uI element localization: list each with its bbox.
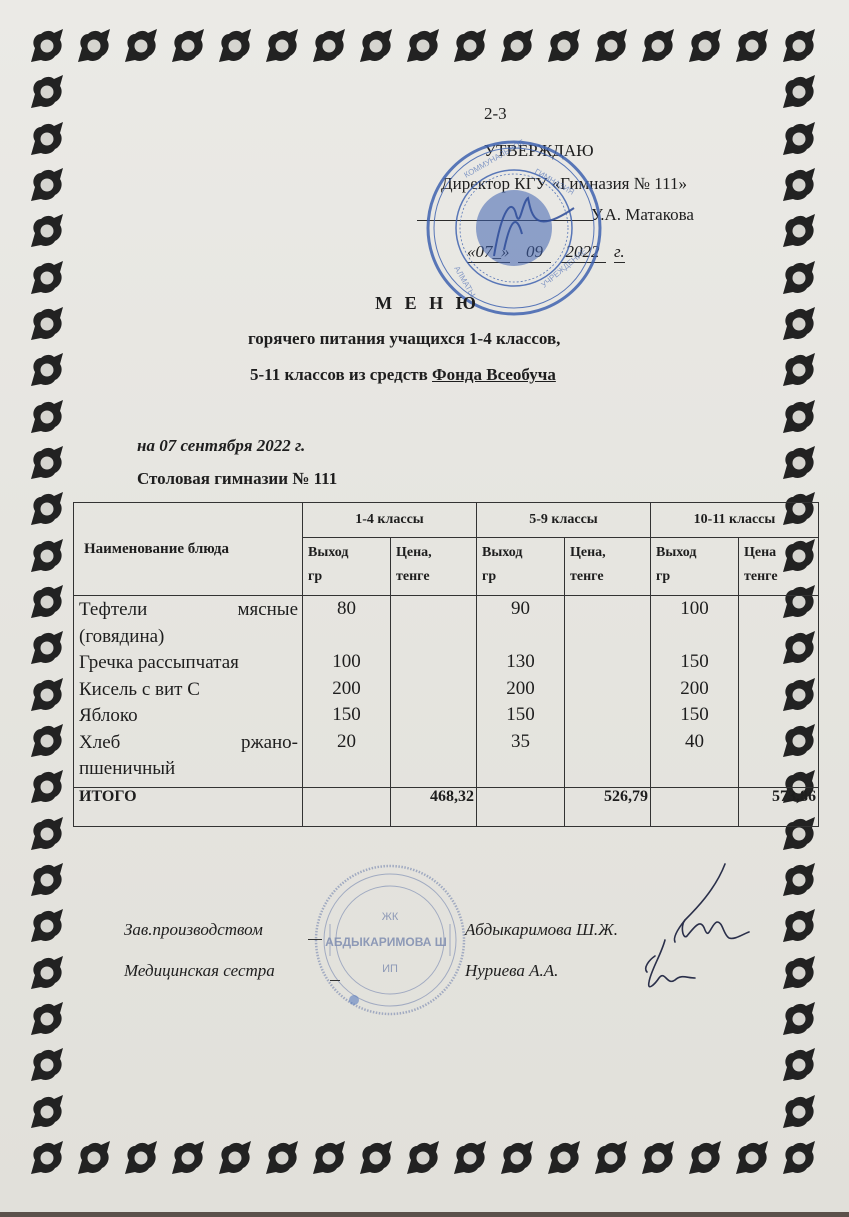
border-ornament-icon [779, 352, 817, 388]
signature-name: Нуриева А.А. [465, 961, 558, 981]
table-row: Тефтелимясные (говядина) Гречка рассыпча… [74, 596, 819, 788]
price-header: Цена,тенге [565, 538, 651, 596]
border-ornament-icon [779, 955, 817, 991]
border-ornament-icon [74, 28, 112, 64]
total-price: 526,79 [565, 788, 651, 827]
yield-header: Выходгр [651, 538, 739, 596]
director-name: У.А. Матакова [591, 205, 694, 225]
price-header: Ценатенге [739, 538, 819, 596]
approval-date-month: 09 [518, 242, 551, 263]
yield-header: Выходгр [303, 538, 391, 596]
border-ornament-icon [121, 28, 159, 64]
menu-table: Наименование блюда 1-4 классы 5-9 классы… [73, 502, 819, 827]
fund-name: Фонда Всеобуча [432, 365, 556, 384]
border-ornament-icon [27, 1140, 65, 1176]
border-ornament-icon [262, 1140, 300, 1176]
border-ornament-icon [215, 1140, 253, 1176]
border-ornament-icon [779, 213, 817, 249]
border-ornament-icon [121, 1140, 159, 1176]
border-ornament-icon [262, 28, 300, 64]
border-ornament-icon [27, 816, 65, 852]
border-ornament-icon [27, 213, 65, 249]
border-ornament-icon [27, 399, 65, 435]
border-ornament-icon [168, 1140, 206, 1176]
total-yield-empty [651, 788, 739, 827]
border-ornament-icon [27, 769, 65, 805]
signature-line [308, 939, 322, 940]
border-ornament-icon [450, 1140, 488, 1176]
border-ornament-icon [638, 28, 676, 64]
border-ornament-icon [779, 399, 817, 435]
border-ornament-icon [779, 908, 817, 944]
approval-heading: УТВЕРЖДАЮ [484, 141, 594, 161]
menu-date: на 07 сентября 2022 г. [137, 436, 305, 456]
border-ornament-icon [591, 28, 629, 64]
border-ornament-icon [779, 28, 817, 64]
border-ornament-icon [309, 1140, 347, 1176]
border-ornament-icon [403, 28, 441, 64]
price-column [391, 596, 477, 788]
border-ornament-icon [27, 352, 65, 388]
border-ornament-icon [27, 1094, 65, 1130]
border-ornament-icon [779, 1140, 817, 1176]
border-ornament-icon [74, 1140, 112, 1176]
border-ornament-icon [544, 28, 582, 64]
group-header: 5-9 классы [477, 503, 651, 538]
border-ornament-icon [27, 538, 65, 574]
total-price: 573,86 [739, 788, 819, 827]
border-ornament-icon [685, 28, 723, 64]
border-ornament-icon [779, 862, 817, 898]
border-ornament-icon [309, 28, 347, 64]
border-ornament-icon [27, 491, 65, 527]
border-ornament-icon [544, 1140, 582, 1176]
border-ornament-icon [638, 1140, 676, 1176]
border-ornament-icon [779, 121, 817, 157]
director-title: Директор КГУ «Гимназия № 111» [441, 174, 687, 194]
border-ornament-icon [27, 1001, 65, 1037]
border-ornament-icon [685, 1140, 723, 1176]
border-ornament-icon [27, 723, 65, 759]
menu-subtitle-line2: 5-11 классов из средств Фонда Всеобуча [250, 365, 556, 385]
border-ornament-icon [732, 28, 770, 64]
border-ornament-icon [779, 1001, 817, 1037]
table-header-row: Наименование блюда 1-4 классы 5-9 классы… [74, 503, 819, 538]
approval-date-year: 2022 [560, 242, 606, 263]
yield-header: Выходгр [477, 538, 565, 596]
border-ornament-icon [779, 445, 817, 481]
border-ornament-icon [27, 74, 65, 110]
border-ornament-icon [168, 28, 206, 64]
total-row: ИТОГО 468,32 526,79 573,86 [74, 788, 819, 827]
border-ornament-icon [27, 908, 65, 944]
border-ornament-icon [27, 28, 65, 64]
menu-subtitle-line1: горячего питания учащихся 1-4 классов, [248, 329, 560, 349]
group-header: 10-11 классы [651, 503, 819, 538]
yield-column: 90 130 200 150 35 [477, 596, 565, 788]
page-number: 2-3 [484, 104, 507, 124]
border-ornament-icon [27, 260, 65, 296]
border-ornament-icon [779, 1047, 817, 1083]
total-price: 468,32 [391, 788, 477, 827]
signature-line [417, 220, 594, 221]
price-column [739, 596, 819, 788]
border-ornament-icon [27, 862, 65, 898]
background-surface [0, 1212, 849, 1217]
price-column [565, 596, 651, 788]
yield-column: 100 150 200 150 40 [651, 596, 739, 788]
border-ornament-icon [27, 121, 65, 157]
approval-date-day: «07_» [467, 242, 510, 263]
total-yield-empty [303, 788, 391, 827]
border-ornament-icon [27, 1047, 65, 1083]
dish-name-header: Наименование блюда [74, 503, 303, 596]
border-ornament-icon [27, 677, 65, 713]
approval-date-suffix: г. [614, 242, 625, 263]
approval-date: «07_» 09 2022 г. [467, 242, 625, 263]
yield-column: 80 100 200 150 20 [303, 596, 391, 788]
border-ornament-icon [497, 1140, 535, 1176]
border-ornament-icon [27, 584, 65, 620]
menu-title: М Е Н Ю [0, 293, 849, 314]
border-ornament-icon [779, 167, 817, 203]
total-label: ИТОГО [74, 788, 303, 827]
border-ornament-icon [497, 28, 535, 64]
border-ornament-icon [215, 28, 253, 64]
price-header: Цена,тенге [391, 538, 477, 596]
border-ornament-icon [356, 1140, 394, 1176]
border-ornament-icon [779, 260, 817, 296]
border-ornament-icon [450, 28, 488, 64]
signature-name: Абдыкаримова Ш.Ж. [465, 920, 618, 940]
group-header: 1-4 классы [303, 503, 477, 538]
border-ornament-icon [591, 1140, 629, 1176]
border-ornament-icon [27, 167, 65, 203]
border-ornament-icon [779, 1094, 817, 1130]
total-yield-empty [477, 788, 565, 827]
dish-names: Тефтелимясные (говядина) Гречка рассыпча… [74, 596, 303, 788]
signature-line [330, 980, 340, 981]
canteen-label: Столовая гимназии № 111 [137, 469, 337, 489]
border-ornament-icon [27, 630, 65, 666]
border-ornament-icon [27, 445, 65, 481]
border-ornament-icon [732, 1140, 770, 1176]
signature-role: Медицинская сестра [124, 961, 275, 981]
border-ornament-icon [356, 28, 394, 64]
signature-role: Зав.производством [124, 920, 263, 940]
border-ornament-icon [403, 1140, 441, 1176]
border-ornament-icon [27, 955, 65, 991]
border-ornament-icon [779, 74, 817, 110]
